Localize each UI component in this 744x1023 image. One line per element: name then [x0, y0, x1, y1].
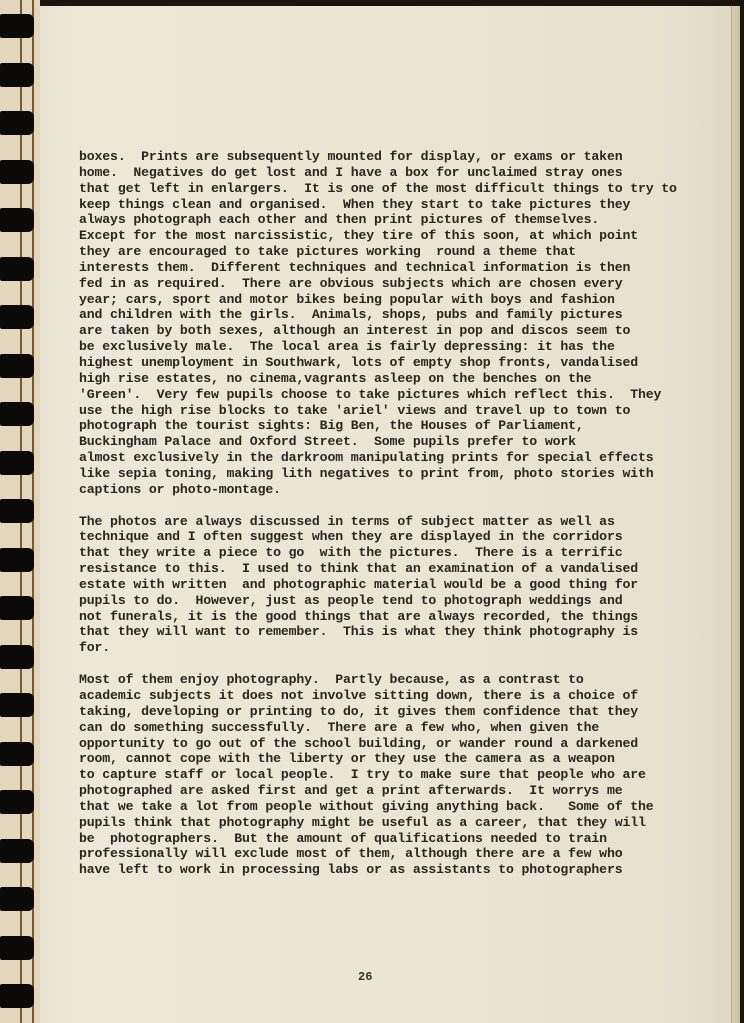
text-line: keep things clean and organised. When th…	[79, 197, 639, 213]
text-line: room, cannot cope with the liberty or th…	[79, 751, 639, 767]
text-line: can do something successfully. There are…	[79, 720, 639, 736]
text-line: The photos are always discussed in terms…	[79, 514, 639, 530]
text-line: 'Green'. Very few pupils choose to take …	[79, 387, 639, 403]
text-line: be photographers. But the amount of qual…	[79, 831, 639, 847]
binding-ring	[0, 208, 34, 232]
binding-ring	[0, 451, 34, 475]
text-line: like sepia toning, making lith negatives…	[79, 466, 639, 482]
text-line: that they will want to remember. This is…	[79, 624, 639, 640]
text-line: pupils think that photography might be u…	[79, 815, 639, 831]
text-line: boxes. Prints are subsequently mounted f…	[79, 149, 639, 165]
text-line: have left to work in processing labs or …	[79, 862, 639, 878]
text-line: almost exclusively in the darkroom manip…	[79, 450, 639, 466]
text-line: Most of them enjoy photography. Partly b…	[79, 672, 639, 688]
text-line: always photograph each other and then pr…	[79, 212, 639, 228]
text-line: photograph the tourist sights: Big Ben, …	[79, 418, 639, 434]
binding-ring	[0, 645, 34, 669]
binding-ring	[0, 402, 34, 426]
page-edge	[731, 6, 740, 1023]
text-line: opportunity to go out of the school buil…	[79, 736, 639, 752]
text-line: fed in as required. There are obvious su…	[79, 276, 639, 292]
paragraph: Most of them enjoy photography. Partly b…	[79, 672, 639, 878]
binding-ring	[0, 742, 34, 766]
text-line: estate with written and photographic mat…	[79, 577, 639, 593]
spiral-binding	[0, 0, 40, 1023]
text-line: photographed are asked first and get a p…	[79, 783, 639, 799]
text-line: academic subjects it does not involve si…	[79, 688, 639, 704]
binding-ring	[0, 693, 34, 717]
text-line: taking, developing or printing to do, it…	[79, 704, 639, 720]
text-line: captions or photo-montage.	[79, 482, 639, 498]
binding-ring	[0, 305, 34, 329]
text-line: they are encouraged to take pictures wor…	[79, 244, 639, 260]
binding-ring	[0, 257, 34, 281]
binding-ring	[0, 887, 34, 911]
binding-ring	[0, 790, 34, 814]
text-line: be exclusively male. The local area is f…	[79, 339, 639, 355]
text-line: use the high rise blocks to take 'ariel'…	[79, 403, 639, 419]
text-line: resistance to this. I used to think that…	[79, 561, 639, 577]
text-line: to capture staff or local people. I try …	[79, 767, 639, 783]
binding-ring	[0, 839, 34, 863]
page-number: 26	[358, 970, 372, 984]
text-line: high rise estates, no cinema,vagrants as…	[79, 371, 639, 387]
binding-ring	[0, 160, 34, 184]
binding-ring	[0, 63, 34, 87]
text-line: Buckingham Palace and Oxford Street. Som…	[79, 434, 639, 450]
paragraph: boxes. Prints are subsequently mounted f…	[79, 149, 639, 498]
text-line: home. Negatives do get lost and I have a…	[79, 165, 639, 181]
binding-ring	[0, 111, 34, 135]
body-text: boxes. Prints are subsequently mounted f…	[79, 149, 639, 894]
text-line: Except for the most narcissistic, they t…	[79, 228, 639, 244]
binding-ring	[0, 14, 34, 38]
paragraph: The photos are always discussed in terms…	[79, 514, 639, 657]
binding-ring	[0, 354, 34, 378]
binding-ring	[0, 936, 34, 960]
binding-ring	[0, 548, 34, 572]
text-line: for.	[79, 640, 639, 656]
binding-ring	[0, 596, 34, 620]
text-line: are taken by both sexes, although an int…	[79, 323, 639, 339]
text-line: and children with the girls. Animals, sh…	[79, 307, 639, 323]
text-line: that they write a piece to go with the p…	[79, 545, 639, 561]
text-line: pupils to do. However, just as people te…	[79, 593, 639, 609]
text-line: interests them. Different techniques and…	[79, 260, 639, 276]
binding-ring	[0, 984, 34, 1008]
text-line: technique and I often suggest when they …	[79, 529, 639, 545]
text-line: year; cars, sport and motor bikes being …	[79, 292, 639, 308]
text-line: that we take a lot from people without g…	[79, 799, 639, 815]
text-line: highest unemployment in Southwark, lots …	[79, 355, 639, 371]
text-line: not funerals, it is the good things that…	[79, 609, 639, 625]
text-line: professionally will exclude most of them…	[79, 846, 639, 862]
binding-ring	[0, 499, 34, 523]
text-line: that get left in enlargers. It is one of…	[79, 181, 639, 197]
